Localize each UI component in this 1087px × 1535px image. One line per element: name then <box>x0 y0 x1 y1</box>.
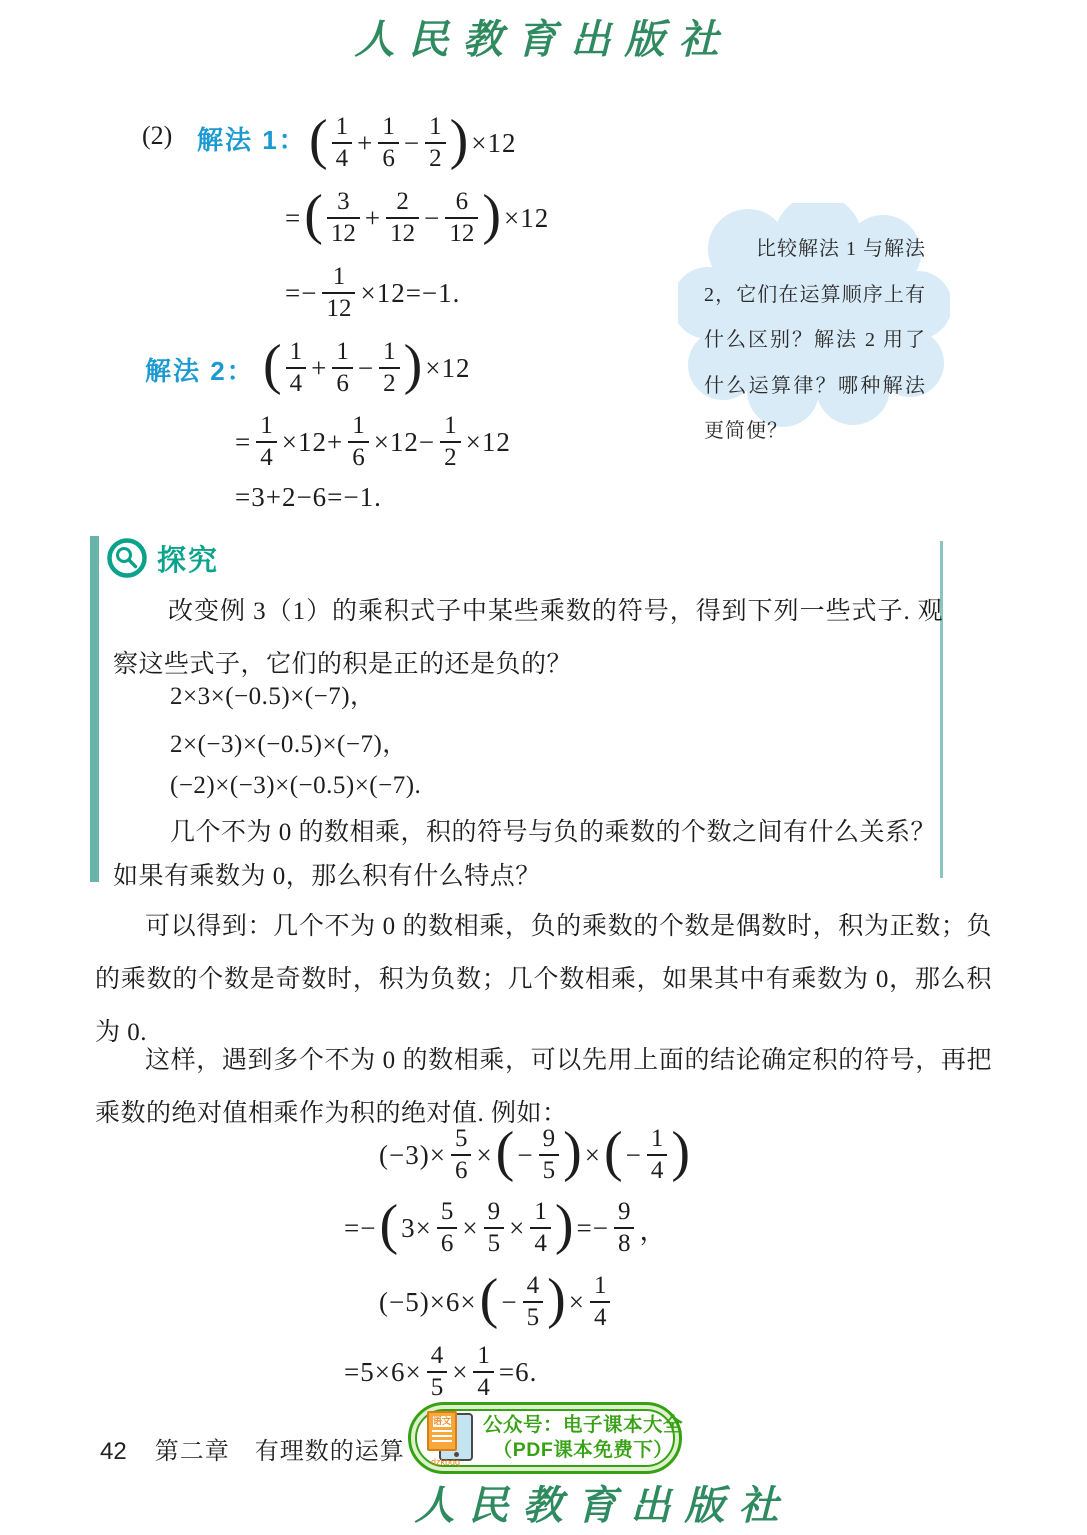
fraction: 16 <box>378 112 399 174</box>
formula-line-sol1-2: =(312+212−612)×12 <box>283 181 551 255</box>
solution1-label: 解法 1： <box>197 120 307 157</box>
fraction: 12 <box>425 112 446 174</box>
fraction: 14 <box>286 337 307 399</box>
thought-bubble: 比较解法 1 与解法 2，它们在运算顺序上有什么区别？解法 2 用了什么运算律？… <box>678 203 950 431</box>
chapter-title: 第二章 有理数的运算 <box>155 1431 405 1466</box>
ebook-promo-badge-inner: 语文 dzkbdq 公众号：电子课本大全 （PDF课本免费下） <box>415 1409 675 1467</box>
fraction: 14 <box>530 1197 551 1259</box>
badge-text: 公众号：电子课本大全 （PDF课本免费下） <box>483 1413 683 1464</box>
formula-line-ex1-2: =−(3×56×95×14)=−98， <box>342 1191 669 1265</box>
book-icon: 语文 <box>427 1411 457 1451</box>
fraction: 212 <box>386 187 419 249</box>
formula-line-ex2-2: =5×6×45×14=6. <box>342 1335 539 1409</box>
formula-line-sol2-1: (14+16−12)×12 <box>262 331 473 405</box>
fraction: 14 <box>647 1124 668 1186</box>
book-label: 语文 <box>433 1416 451 1427</box>
inquiry-title: 探究 <box>157 538 219 579</box>
fraction: 98 <box>614 1197 635 1259</box>
item-label: (2) <box>142 121 172 151</box>
bubble-text: 比较解法 1 与解法 2，它们在运算顺序上有什么区别？解法 2 用了什么运算律？… <box>704 227 926 455</box>
formula-line-sol2-3: =3+2−6=−1. <box>233 460 384 534</box>
fraction: 14 <box>332 112 353 174</box>
fraction: 56 <box>451 1124 472 1186</box>
formula-line-ex2-1: (−5)×6×(−45)×14 <box>377 1265 613 1339</box>
fraction: 45 <box>523 1271 544 1333</box>
formula-line-sol1-1: (14+16−12)×12 <box>308 106 519 180</box>
fraction: 95 <box>539 1124 560 1186</box>
inquiry-question-1: 几个不为 0 的数相乘，积的符号与负的乘数的个数之间有什么关系？ <box>170 812 936 848</box>
ebook-icon-caption: dzkbdq <box>431 1457 460 1467</box>
fraction: 14 <box>590 1271 611 1333</box>
fraction: 16 <box>332 337 353 399</box>
fraction: 95 <box>484 1197 505 1259</box>
inquiry-expression-3: (−2)×(−3)×(−0.5)×(−7). <box>170 772 421 800</box>
fraction: 312 <box>327 187 360 249</box>
fraction: 56 <box>437 1197 458 1259</box>
fraction: 14 <box>473 1341 494 1403</box>
publisher-logo-top: 人民教育出版社 <box>0 8 1087 65</box>
formula-line-sol1-3: =−112×12=−1. <box>283 256 462 330</box>
solution2-label: 解法 2： <box>145 351 255 388</box>
badge-line-1: 公众号：电子课本大全 <box>483 1413 683 1438</box>
inquiry-expression-2: 2×(−3)×(−0.5)×(−7)， <box>170 724 408 760</box>
badge-line-2: （PDF课本免费下） <box>483 1438 683 1463</box>
formula-line-ex1-1: (−3)×56×(−95)×(−14) <box>377 1118 691 1192</box>
ebook-promo-badge: 语文 dzkbdq 公众号：电子课本大全 （PDF课本免费下） <box>408 1402 682 1474</box>
inquiry-left-bar <box>90 536 99 882</box>
magnifier-in-circle-icon <box>106 537 148 579</box>
fraction: 12 <box>379 337 400 399</box>
inquiry-expression-1: 2×3×(−0.5)×(−7)， <box>170 676 376 712</box>
footer: 42 第二章 有理数的运算 <box>100 1431 405 1466</box>
textbook-page: 人民教育出版社 (2) 解法 1： (14+16−12)×12 =(312+21… <box>0 0 1087 1535</box>
inquiry-question-2: 如果有乘数为 0，那么积有什么特点？ <box>113 856 541 892</box>
fraction: 612 <box>445 187 478 249</box>
fraction: 12 <box>440 411 461 473</box>
page-number: 42 <box>100 1438 127 1466</box>
inquiry-header: 探究 <box>106 537 219 579</box>
fraction: 112 <box>322 262 355 324</box>
ebook-icon: 语文 dzkbdq <box>425 1411 475 1465</box>
fraction: 45 <box>427 1341 448 1403</box>
publisher-logo-bottom: 人民教育出版社 <box>60 1474 1087 1531</box>
